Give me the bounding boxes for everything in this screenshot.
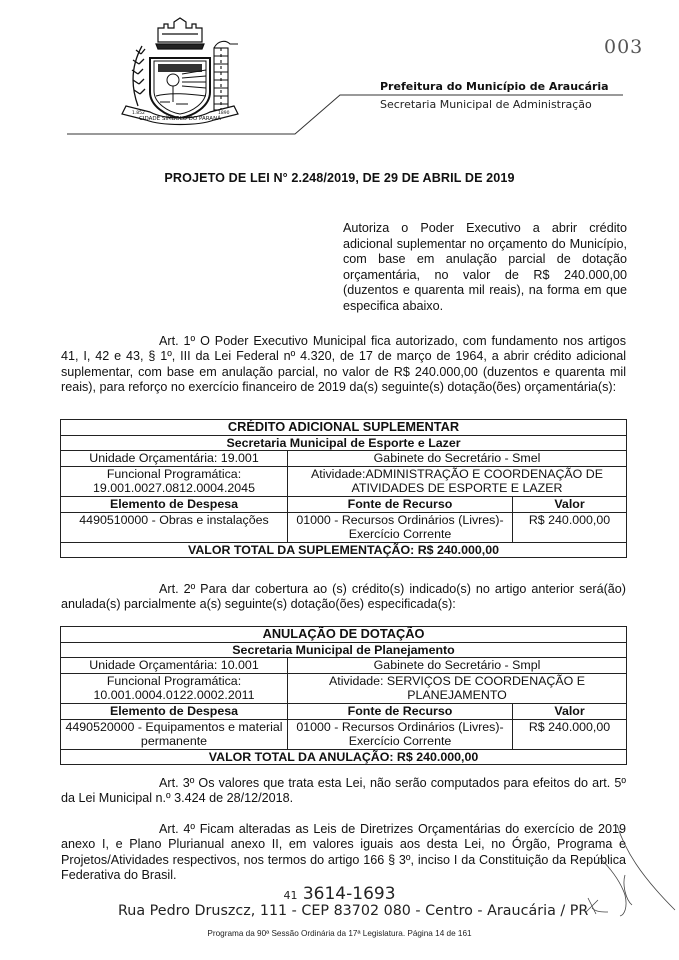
cabinet-name: Gabinete do Secretário - Smel (288, 451, 627, 467)
article-2: Art. 2º Para dar cobertura ao (s) crédit… (61, 582, 626, 613)
budget-unit: Unidade Orçamentária: 19.001 (61, 451, 288, 467)
ementa-summary: Autoriza o Poder Executivo a abrir crédi… (343, 221, 627, 314)
functional-program: Funcional Programática:10.001.0004.0122.… (61, 673, 288, 703)
contact-address: Rua Pedro Druszcz, 111 - CEP 83702 080 -… (118, 903, 588, 919)
svg-text:1.852: 1.852 (132, 110, 145, 116)
table-secretariat: Secretaria Municipal de Planejamento (61, 642, 627, 658)
header-divider-lines (0, 0, 679, 150)
column-header: Fonte de Recurso (288, 496, 513, 512)
article-1-text: Art. 1º O Poder Executivo Municipal fica… (61, 334, 626, 394)
functional-label: Funcional Programática: (107, 467, 241, 481)
article-2-text: Art. 2º Para dar cobertura ao (s) crédit… (61, 582, 626, 611)
phone-area-code: 41 (283, 889, 297, 902)
table-total: VALOR TOTAL DA ANULAÇÃO: R$ 240.000,00 (61, 749, 627, 765)
column-header: Elemento de Despesa (61, 703, 288, 719)
annulment-table: ANULAÇÃO DE DOTAÇÃO Secretaria Municipal… (60, 626, 627, 765)
table-title: ANULAÇÃO DE DOTAÇÃO (61, 627, 627, 643)
functional-program: Funcional Programática:19.001.0027.0812.… (61, 466, 288, 496)
article-1: Art. 1º O Poder Executivo Municipal fica… (61, 334, 626, 395)
contact-phone: 41 3614-1693 (0, 884, 679, 904)
svg-text:CIDADE SÍMBOLO DO PARANÁ: CIDADE SÍMBOLO DO PARANÁ (139, 115, 221, 122)
table-row: 4490510000 - Obras e instalações 01000 -… (61, 512, 627, 542)
column-header: Valor (513, 496, 627, 512)
article-4-text: Art. 4º Ficam alteradas as Leis de Diret… (61, 822, 626, 882)
expense-element: 4490520000 - Equipamentos e material per… (61, 719, 288, 749)
document-title: PROJETO DE LEI N° 2.248/2019, DE 29 DE A… (0, 171, 679, 185)
cabinet-name: Gabinete do Secretário - Smpl (288, 658, 627, 674)
department-name: Secretaria Municipal de Administração (380, 98, 592, 111)
column-header: Valor (513, 703, 627, 719)
budget-unit: Unidade Orçamentária: 10.001 (61, 658, 288, 674)
session-footer-note: Programa da 90ª Sessão Ordinária da 17ª … (0, 929, 679, 938)
amount-value: R$ 240.000,00 (513, 719, 627, 749)
activity-description: Atividade:ADMINISTRAÇÃO E COORDENAÇÃO DE… (288, 466, 627, 496)
activity-description: Atividade: SERVIÇOS DE COORDENAÇÃO E PLA… (288, 673, 627, 703)
column-header: Elemento de Despesa (61, 496, 288, 512)
municipal-coat-of-arms-icon: CIDADE SÍMBOLO DO PARANÁ 1.852 1890 (110, 14, 250, 126)
amount-value: R$ 240.000,00 (513, 512, 627, 542)
expense-element: 4490510000 - Obras e instalações (61, 512, 288, 542)
table-row: 4490520000 - Equipamentos e material per… (61, 719, 627, 749)
phone-number: 3614-1693 (303, 884, 396, 904)
functional-label: Funcional Programática: (107, 674, 241, 688)
article-3-text: Art. 3º Os valores que trata esta Lei, n… (61, 776, 626, 805)
organization-name: Prefeitura do Município de Araucária (380, 80, 609, 93)
functional-code: 19.001.0027.0812.0004.2045 (93, 481, 255, 495)
resource-source: 01000 - Recursos Ordinários (Livres)-Exe… (288, 512, 513, 542)
supplementary-credit-table: CRÉDITO ADICIONAL SUPLEMENTAR Secretaria… (60, 419, 627, 558)
resource-source: 01000 - Recursos Ordinários (Livres)-Exe… (288, 719, 513, 749)
table-total: VALOR TOTAL DA SUPLEMENTAÇÃO: R$ 240.000… (61, 542, 627, 558)
table-secretariat: Secretaria Municipal de Esporte e Lazer (61, 435, 627, 451)
article-3: Art. 3º Os valores que trata esta Lei, n… (61, 776, 626, 807)
functional-code: 10.001.0004.0122.0002.2011 (93, 688, 254, 702)
article-4: Art. 4º Ficam alteradas as Leis de Diret… (61, 822, 626, 883)
svg-text:1890: 1890 (218, 110, 230, 116)
page-stamp-number: 003 (604, 36, 643, 58)
column-header: Fonte de Recurso (288, 703, 513, 719)
table-title: CRÉDITO ADICIONAL SUPLEMENTAR (61, 420, 627, 436)
